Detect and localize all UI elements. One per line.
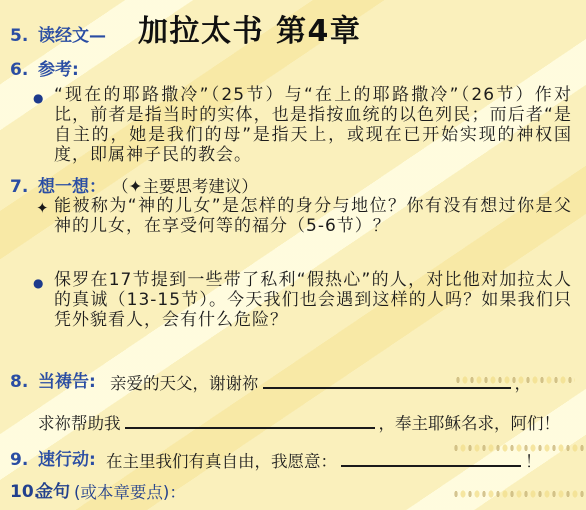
prayer-line-1-text: 亲爱的天父，谢谢祢 [110, 374, 259, 393]
action-line-text: 在主里我们有真自由，我愿意： [106, 452, 337, 471]
worksheet-page: 5. 读经文— 加拉太书 第4章 6. 参考: ● “现在的耶路撒冷”（25节）… [0, 0, 586, 510]
item-7-number: 7. [10, 177, 28, 197]
item-9-label: 速行动: [38, 450, 96, 470]
item-6-number: 6. [10, 60, 28, 80]
action-line-ending: ！ [525, 452, 542, 471]
prayer-line-2-ending: ，奉主耶稣名求，阿们！ [379, 414, 561, 433]
item-7-hint: （✦主要思考建议） [112, 177, 258, 197]
bullet-icon: ● [33, 92, 43, 104]
chapter-title: 加拉太书 第4章 [138, 13, 361, 51]
prayer-blank-2 [125, 412, 375, 429]
star-bullet-icon: ✦ [36, 200, 49, 216]
item-8-number: 8. [10, 372, 28, 392]
item-7-label: 想一想： [38, 177, 106, 197]
item-5-label: 读经文— [38, 26, 106, 46]
prayer-line-2-text: 求祢帮助我 [38, 414, 121, 433]
paul-question-paragraph: 保罗在17节提到一些带了私利“假热心”的人，对比他对加拉太人的真诚（13-15节… [54, 270, 572, 330]
item-10-label: 金句 [36, 482, 70, 502]
think-question-paragraph: 能被称为“神的儿女”是怎样的身分与地位？你有没有想过你是父神的儿女，在享受何等的… [54, 196, 572, 236]
bullet-icon: ● [33, 277, 43, 289]
item-8-label: 当祷告: [38, 372, 96, 392]
watermark-dots-strip [455, 374, 575, 386]
watermark-dots-strip [453, 488, 586, 500]
prayer-line-2: 求祢帮助我，奉主耶稣名求，阿们！ [38, 412, 560, 434]
item-6-label: 参考: [38, 60, 79, 80]
watermark-dots-strip [453, 442, 586, 454]
item-9-number: 9. [10, 450, 28, 470]
item-5-number: 5. [10, 26, 28, 46]
item-10-hint: (或本章要点)： [74, 482, 186, 503]
reference-paragraph: “现在的耶路撒冷”（25节）与“在上的耶路撒冷”（26节）作对比，前者是指当时的… [54, 85, 572, 165]
